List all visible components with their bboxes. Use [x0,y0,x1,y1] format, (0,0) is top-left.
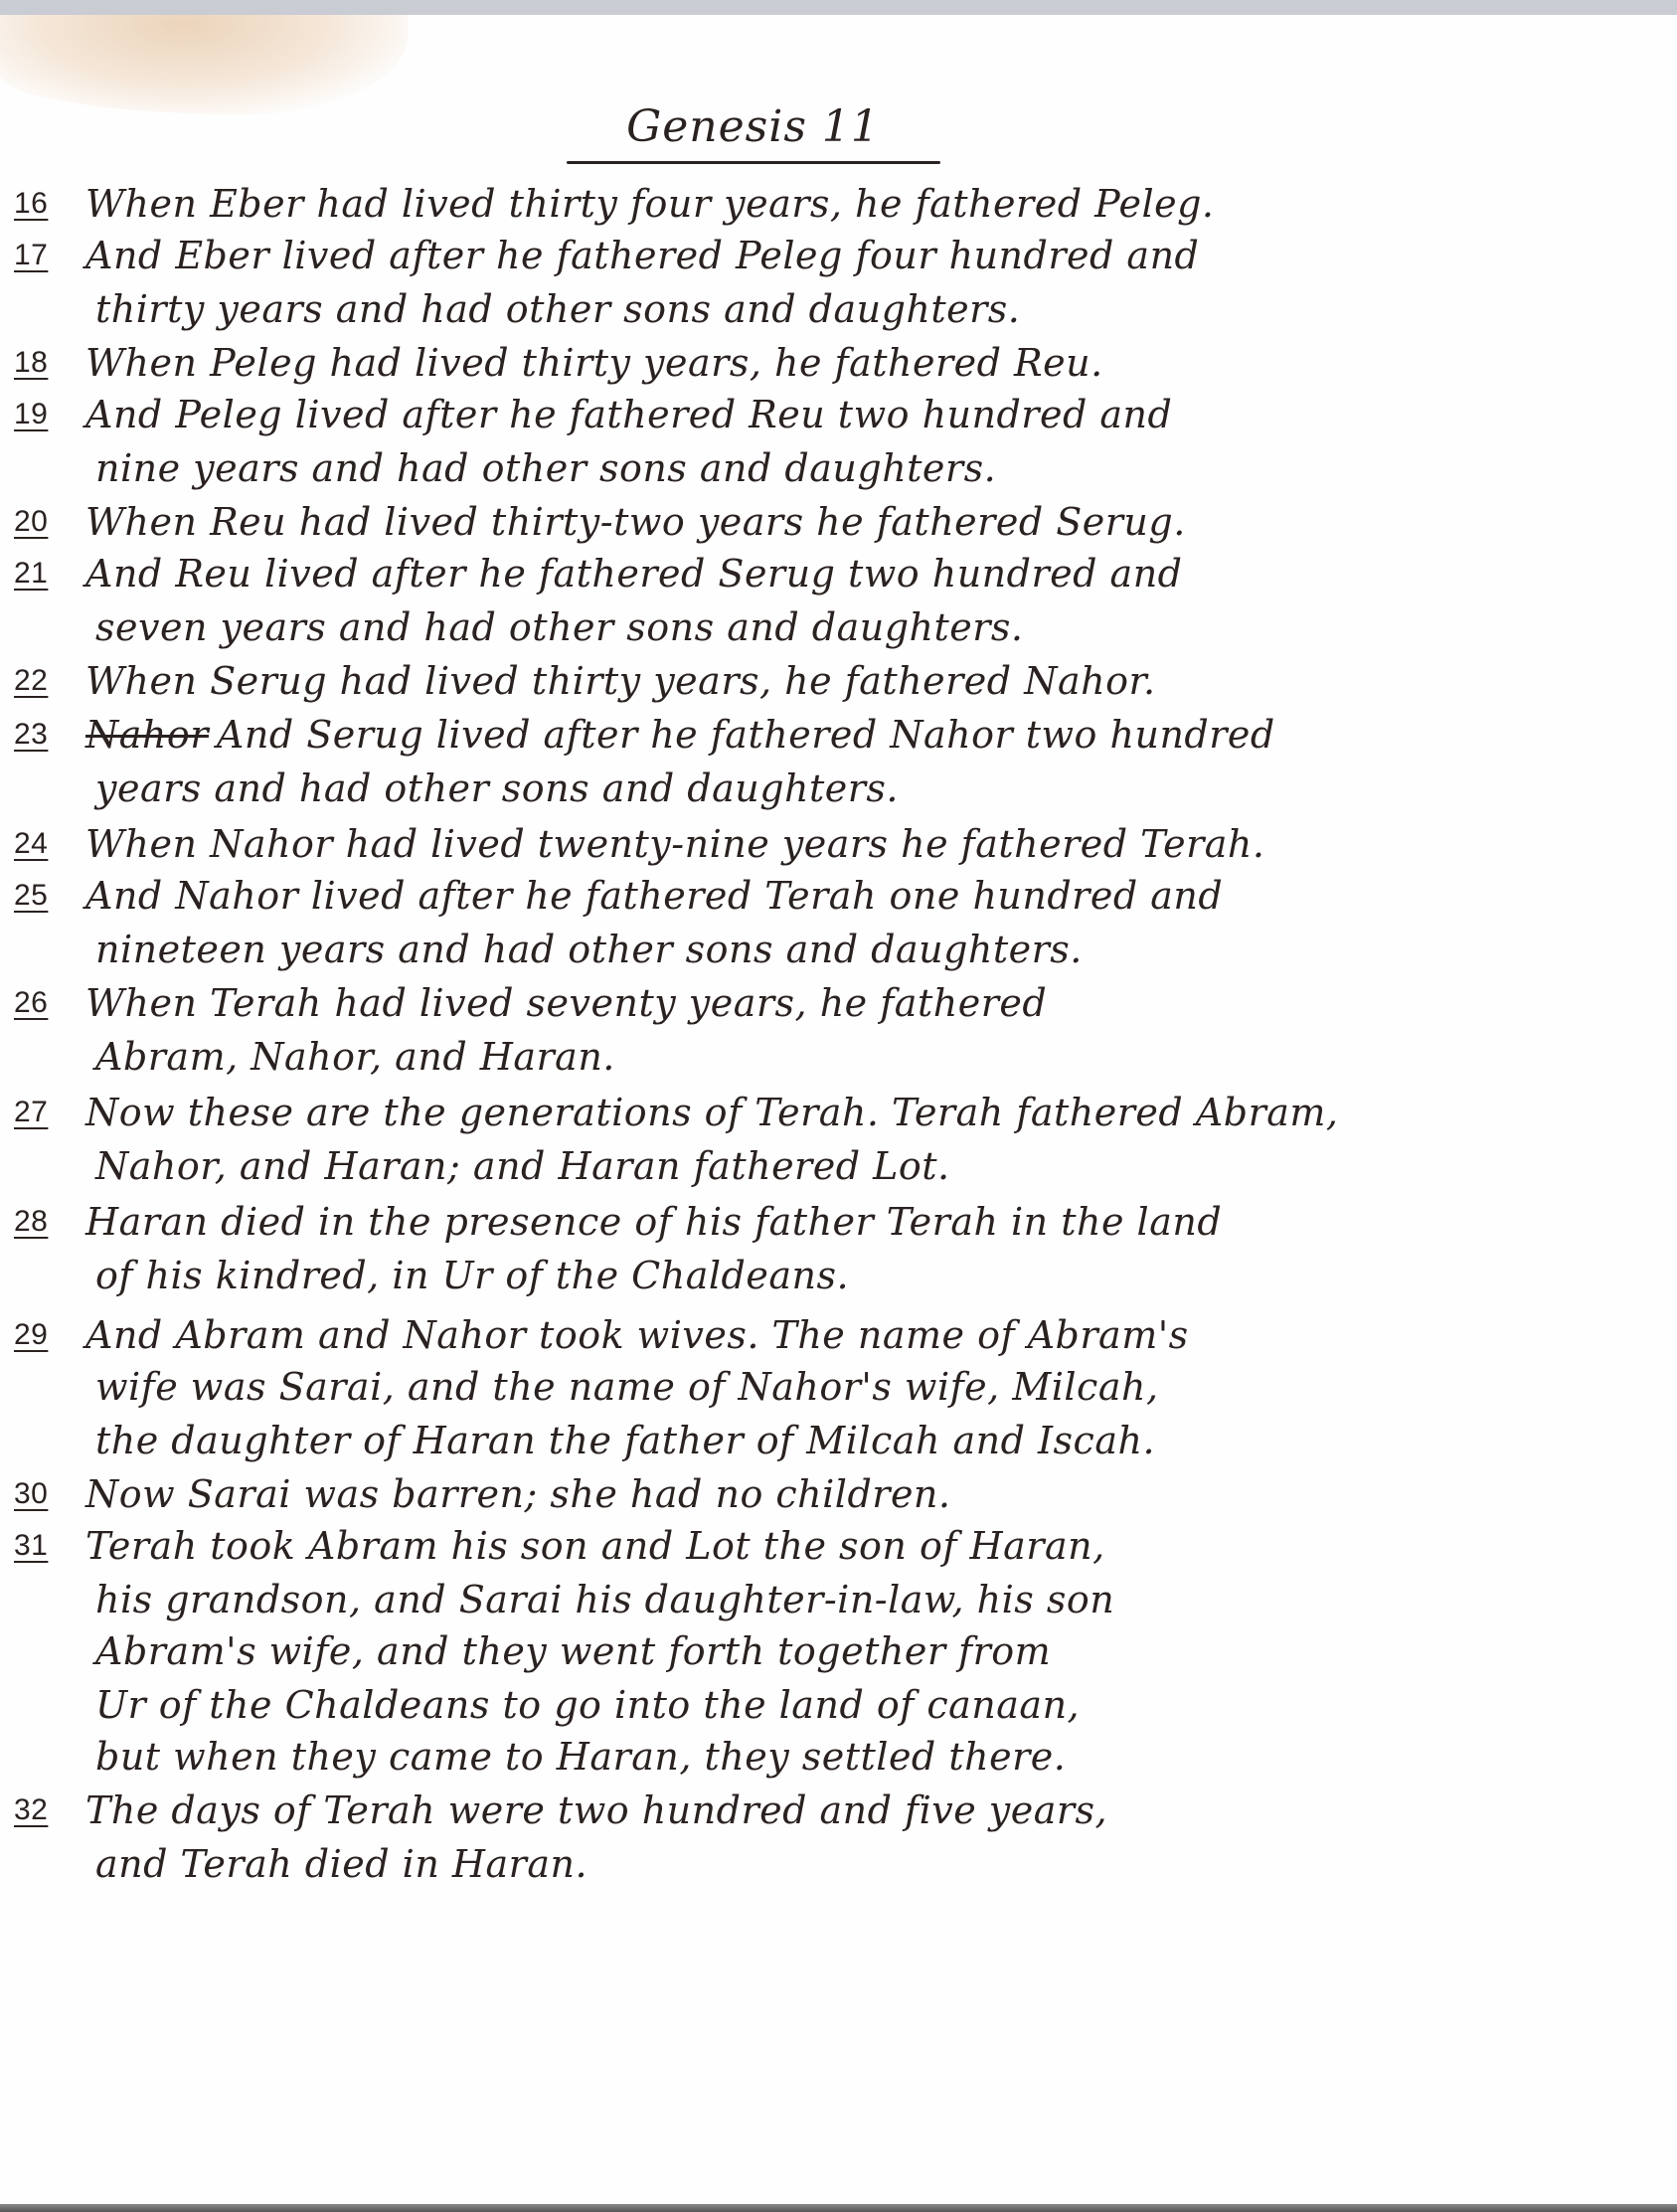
verse-line: of his kindred, in Ur of the Chaldeans. [95,1249,849,1302]
page-title-container: Genesis 11 [567,99,939,155]
verse-line: When Peleg had lived thirty years, he fa… [85,336,1103,390]
verse-number: 29 [14,1308,74,1362]
verse-number: 24 [14,817,74,871]
verse-line: the daughter of Haran the father of Milc… [95,1414,1155,1467]
verse-line: And Reu lived after he fathered Serug tw… [85,547,1183,600]
verse-line: Terah took Abram his son and Lot the son… [85,1519,1105,1573]
verse-line: When Reu had lived thirty-two years he f… [85,495,1186,549]
verse-number: 22 [14,654,74,708]
verse-line: When Serug had lived thirty years, he fa… [85,654,1156,708]
verse-number: 28 [14,1195,74,1249]
verse-number: 20 [14,495,74,549]
paper-stain [0,15,408,114]
verse-line: And Abram and Nahor took wives. The name… [85,1308,1189,1362]
page-title: Genesis 11 [626,99,880,155]
verse-line: years and had other sons and daughters. [95,762,899,815]
verse-number: 26 [14,976,74,1030]
verse-line: And Eber lived after he fathered Peleg f… [85,229,1199,282]
verse-number: 23 [14,708,74,762]
verse-number: 31 [14,1519,74,1573]
verse-line: his grandson, and Sarai his daughter-in-… [95,1573,1114,1626]
verse-line: And Nahor lived after he fathered Terah … [85,869,1223,923]
verse-number: 21 [14,547,74,600]
verse-line: Haran died in the presence of his father… [85,1195,1222,1249]
verse-number: 25 [14,869,74,923]
verse-number: 32 [14,1784,74,1837]
verse-number: 18 [14,336,74,390]
verse-line: Abram, Nahor, and Haran. [95,1030,615,1084]
verse-line: Now these are the generations of Terah. … [85,1086,1339,1139]
verse-line: seven years and had other sons and daugh… [95,600,1024,654]
verse-line: nineteen years and had other sons and da… [95,923,1083,976]
verse-line: When Nahor had lived twenty-nine years h… [85,817,1264,871]
scan-edge-top [0,0,1677,15]
verse-line: and Terah died in Haran. [95,1837,587,1891]
verse-line: but when they came to Haran, they settle… [95,1730,1066,1784]
verse-line: When Eber had lived thirty four years, h… [85,177,1215,231]
verse-line: Now Sarai was barren; she had no childre… [85,1467,951,1521]
verse-line: Abram's wife, and they went forth togeth… [95,1624,1051,1678]
verse-line: nine years and had other sons and daught… [95,441,996,495]
struck-word: Nahor [85,713,209,757]
verse-line: When Terah had lived seventy years, he f… [85,976,1047,1030]
verse-line-with-correction: NahorAnd Serug lived after he fathered N… [85,708,1275,762]
verse-number: 19 [14,388,74,441]
verse-line: The days of Terah were two hundred and f… [85,1784,1107,1837]
verse-number: 16 [14,177,74,231]
verse-number: 30 [14,1467,74,1521]
title-underline [567,161,940,164]
verse-line: And Serug lived after he fathered Nahor … [217,713,1275,757]
verse-number: 17 [14,229,74,282]
verse-line: Ur of the Chaldeans to go into the land … [95,1678,1080,1732]
verse-line: And Peleg lived after he fathered Reu tw… [85,388,1172,441]
verse-line: thirty years and had other sons and daug… [95,282,1020,336]
scan-edge-bottom [0,2204,1677,2212]
verse-line: Nahor, and Haran; and Haran fathered Lot… [95,1139,950,1193]
verse-line: wife was Sarai, and the name of Nahor's … [95,1360,1159,1414]
verse-number: 27 [14,1086,74,1139]
